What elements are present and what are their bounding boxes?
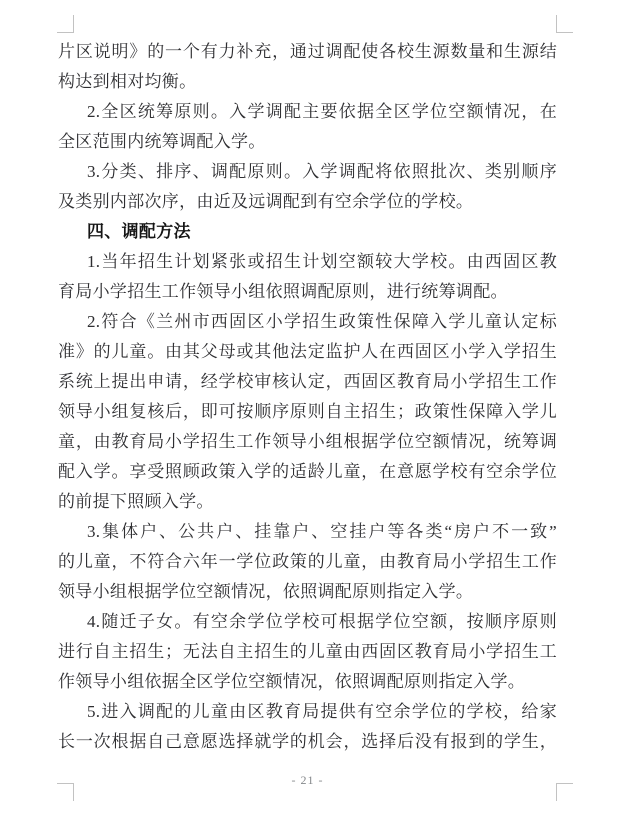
crop-mark-top-left [57,15,74,33]
text-line: 3.分类、排序、调配原则。入学调配将依照批次、类别顺序 [58,157,557,187]
text-line: 作领导小组依据全区学位空额情况，依照调配原则指定入学。 [58,667,557,697]
text-line: 3.集体户、公共户、挂靠户、空挂户等各类“房户不一致” [58,517,557,547]
text-line: 全区范围内统筹调配入学。 [58,127,557,157]
text-line: 育局小学招生工作领导小组依照调配原则，进行统筹调配。 [58,277,557,307]
document-page: 片区说明》的一个有力补充，通过调配使各校生源数量和生源结 构达到相对均衡。 2.… [0,0,630,826]
page-number: - 21 - [58,772,557,788]
body-text-block: 片区说明》的一个有力补充，通过调配使各校生源数量和生源结 构达到相对均衡。 2.… [58,37,557,757]
section-heading: 四、调配方法 [58,217,557,247]
text-line: 构达到相对均衡。 [58,67,557,97]
text-line: 及类别内部次序，由近及远调配到有空余学位的学校。 [58,187,557,217]
crop-mark-bottom-right [556,783,573,801]
text-line: 2.全区统筹原则。入学调配主要依据全区学位空额情况，在 [58,97,557,127]
text-line: 4.随迁子女。有空余学位学校可根据学位空额，按顺序原则 [58,607,557,637]
text-line: 准》的儿童。由其父母或其他法定监护人在西固区小学入学招生 [58,337,557,367]
crop-mark-top-right [556,15,573,33]
text-line: 5.进入调配的儿童由区教育局提供有空余学位的学校，给家 [58,697,557,727]
text-line: 系统上提出申请，经学校审核认定，西固区教育局小学招生工作 [58,367,557,397]
text-line: 领导小组复核后，即可按顺序原则自主招生；政策性保障入学儿 [58,397,557,427]
text-line: 1.当年招生计划紧张或招生计划空额较大学校。由西固区教 [58,247,557,277]
text-line: 长一次根据自己意愿选择就学的机会，选择后没有报到的学生， [58,727,557,757]
text-line: 进行自主招生；无法自主招生的儿童由西固区教育局小学招生工 [58,637,557,667]
text-line: 的儿童，不符合六年一学位政策的儿童，由教育局小学招生工作 [58,547,557,577]
text-line: 领导小组根据学位空额情况，依照调配原则指定入学。 [58,577,557,607]
text-line: 配入学。享受照顾政策入学的适龄儿童，在意愿学校有空余学位 [58,457,557,487]
text-line: 2.符合《兰州市西固区小学招生政策性保障入学儿童认定标 [58,307,557,337]
text-line: 片区说明》的一个有力补充，通过调配使各校生源数量和生源结 [58,37,557,67]
text-line: 的前提下照顾入学。 [58,487,557,517]
text-line: 童，由教育局小学招生工作领导小组根据学位空额情况，统筹调 [58,427,557,457]
